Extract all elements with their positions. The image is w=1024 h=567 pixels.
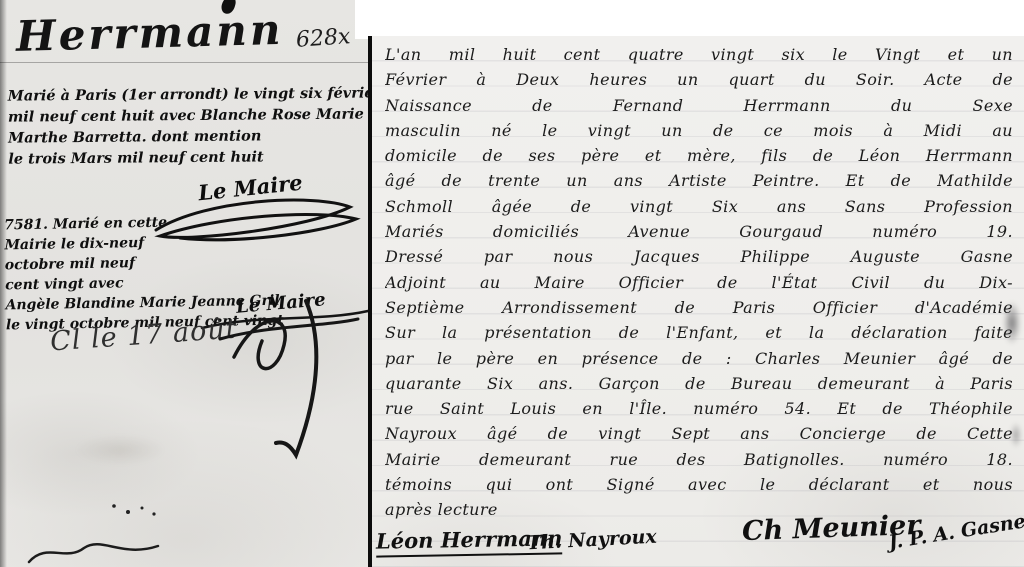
- surname-header: Herrmann: [15, 4, 316, 61]
- act-line: Schmoll âgée de vingt Six ans Sans Profe…: [385, 194, 1013, 219]
- act-line: domicile de ses père et mère, fils de Lé…: [385, 143, 1013, 168]
- act-line: Mairie demeurant rue des Batignolles. nu…: [385, 447, 1013, 472]
- margin-note-marriage-1908: Marié à Paris (1er arrondt) le vingt six…: [8, 82, 382, 169]
- act-line: Nayroux âgé de vingt Sept ans Concierge …: [385, 421, 1013, 446]
- scan-white-strip: [355, 0, 1024, 39]
- act-line: Sur la présentation de l'Enfant, et la d…: [385, 320, 1013, 345]
- act-line: Septième Arrondissement de Paris Officie…: [385, 295, 1013, 320]
- margin-note-line: mil neuf cent huit avec Blanche Rose Mar…: [8, 103, 382, 127]
- act-line: témoins qui ont Signé avec le déclarant …: [385, 472, 1013, 497]
- act-line: par le père en présence de : Charles Meu…: [385, 346, 1013, 371]
- act-body: L'an mil huit cent quatre vingt six le V…: [385, 42, 1013, 523]
- paper-stain: [60, 430, 180, 470]
- act-line: Adjoint au Maire Officier de l'État Civi…: [385, 270, 1013, 295]
- act-line: L'an mil huit cent quatre vingt six le V…: [385, 42, 1013, 67]
- act-line: Dressé par nous Jacques Philippe Auguste…: [385, 244, 1013, 269]
- scan-smudge: [1008, 418, 1024, 452]
- act-number: 628x: [295, 24, 351, 53]
- mayor-signoff-1908: Le Maire: [197, 170, 304, 206]
- act-line: Mariés domiciliés Avenue Gourgaud numéro…: [385, 219, 1013, 244]
- column-divider-rule: [368, 36, 372, 567]
- act-line: âgé de trente un ans Artiste Peintre. Et…: [385, 168, 1013, 193]
- header-rule-line: [0, 62, 372, 63]
- scan-smudge: [1000, 294, 1024, 352]
- margin-column: Herrmann 628x Marié à Paris (1er arrondt…: [0, 0, 372, 567]
- act-line: quarante Six ans. Garçon de Bureau demeu…: [385, 371, 1013, 396]
- act-line: Février à Deux heures un quart du Soir. …: [385, 67, 1013, 92]
- ink-specks: [108, 500, 168, 520]
- act-line: Naissance de Fernand Herrmann du Sexe: [385, 93, 1013, 118]
- act-line: rue Saint Louis en l'Île. numéro 54. Et …: [385, 396, 1013, 421]
- next-entry-partial: [24, 540, 164, 566]
- act-line: masculin né le vingt un de ce mois à Mid…: [385, 118, 1013, 143]
- scan-edge-shadow: [0, 0, 7, 567]
- margin-note-line: le trois Mars mil neuf cent huit: [8, 145, 382, 169]
- civil-register-scan: Herrmann 628x Marié à Paris (1er arrondt…: [0, 0, 1024, 567]
